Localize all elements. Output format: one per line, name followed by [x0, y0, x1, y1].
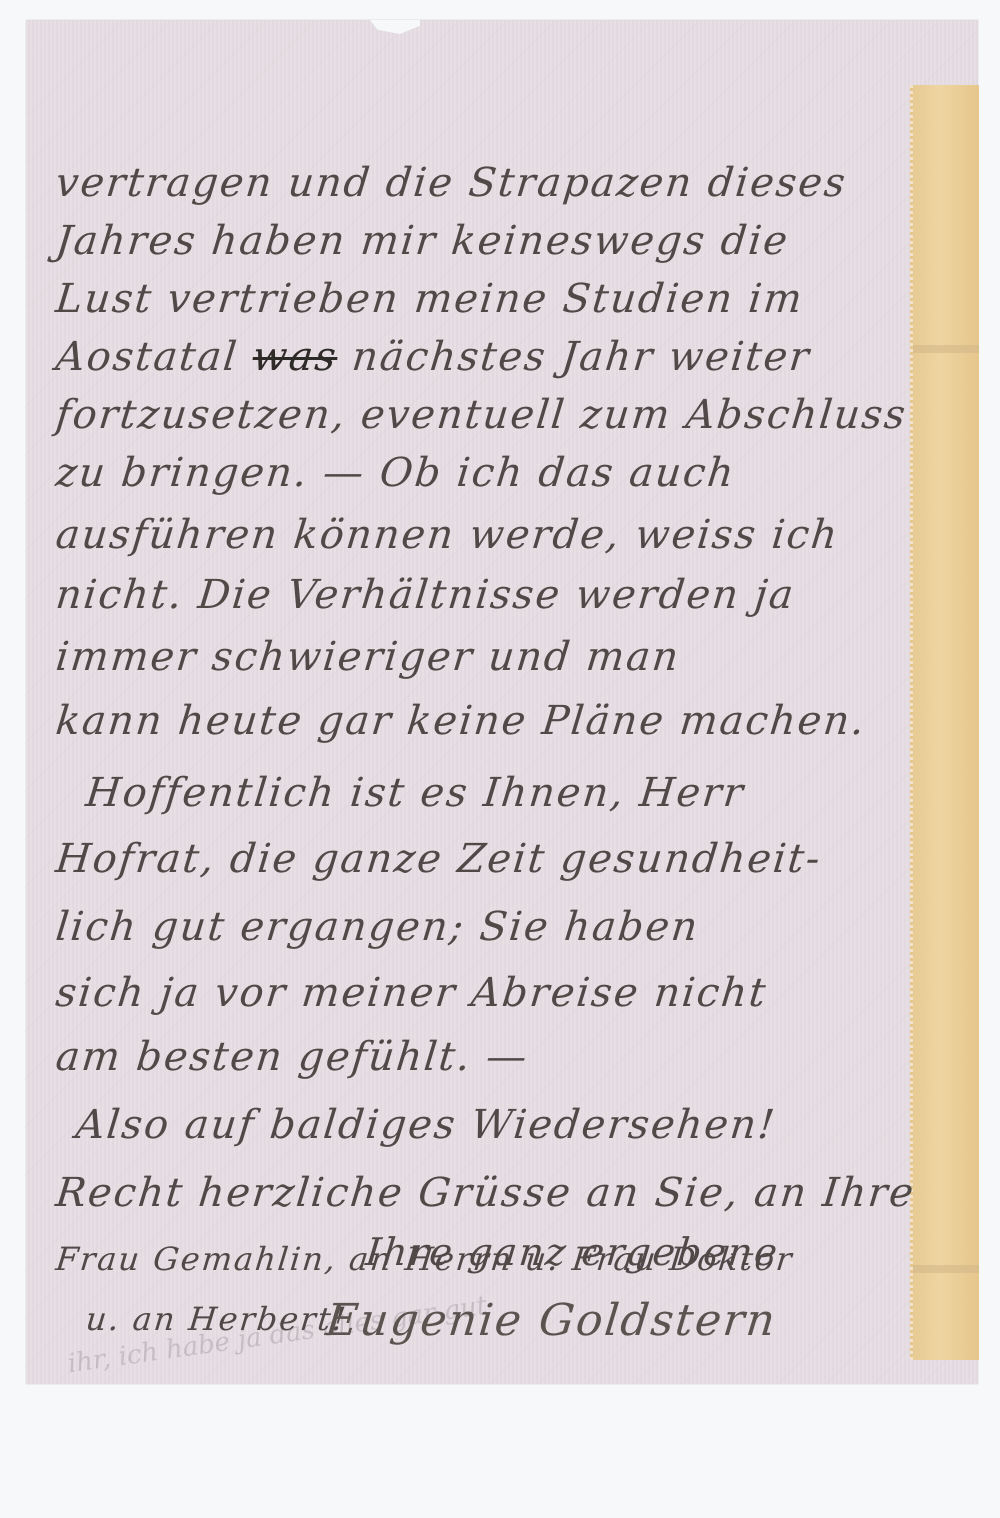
letter-line: Hofrat, die ganze Zeit gesundheit-: [54, 836, 824, 882]
letter-word: Aostatal: [54, 334, 241, 380]
letter-line: immer schwieriger und man: [54, 634, 683, 680]
signature: Eugenie Goldstern: [323, 1295, 779, 1346]
letter-word: nächstes Jahr weiter: [350, 334, 813, 380]
letter-line: vertragen und die Strapazen dieses: [54, 160, 850, 206]
letter-line: sich ja vor meiner Abreise nicht: [54, 970, 770, 1016]
letter-line: zu bringen. — Ob ich das auch: [54, 450, 738, 496]
letter-line: Lust vertrieben meine Studien im: [54, 276, 806, 322]
tape-fold: [913, 1265, 979, 1273]
letter-line: ausführen können werde, weiss ich: [54, 512, 842, 558]
letter-line: am besten gefühlt. —: [54, 1034, 531, 1080]
struck-word: was: [250, 334, 339, 380]
letter-line: Recht herzliche Grüsse an Sie, an Ihre: [54, 1170, 918, 1216]
letter-line: Jahres haben mir keineswegs die: [54, 218, 792, 264]
tape-fold: [913, 345, 979, 353]
letter-line: lich gut ergangen; Sie haben: [54, 904, 702, 950]
letter-line: Aostatal was nächstes Jahr weiter: [54, 334, 813, 380]
letter-line: fortzusetzen, eventuell zum Abschluss: [54, 392, 910, 438]
letter-line: Hoffentlich ist es Ihnen, Herr: [84, 770, 747, 816]
letter-line: u. an Herbert!: [84, 1300, 349, 1338]
letter-line: kann heute gar keine Pläne machen.: [54, 698, 869, 744]
torn-edge: [370, 20, 420, 34]
letter-line: nicht. Die Verhältnisse werden ja: [54, 572, 798, 618]
letter-sheet: ihr, ich habe ja das alles gar gut vertr…: [26, 20, 978, 1384]
letter-line: Also auf baldiges Wiedersehen!: [74, 1102, 779, 1148]
closing-line: Ihre ganz ergebene: [364, 1230, 782, 1274]
tape-strip: [910, 85, 979, 1360]
